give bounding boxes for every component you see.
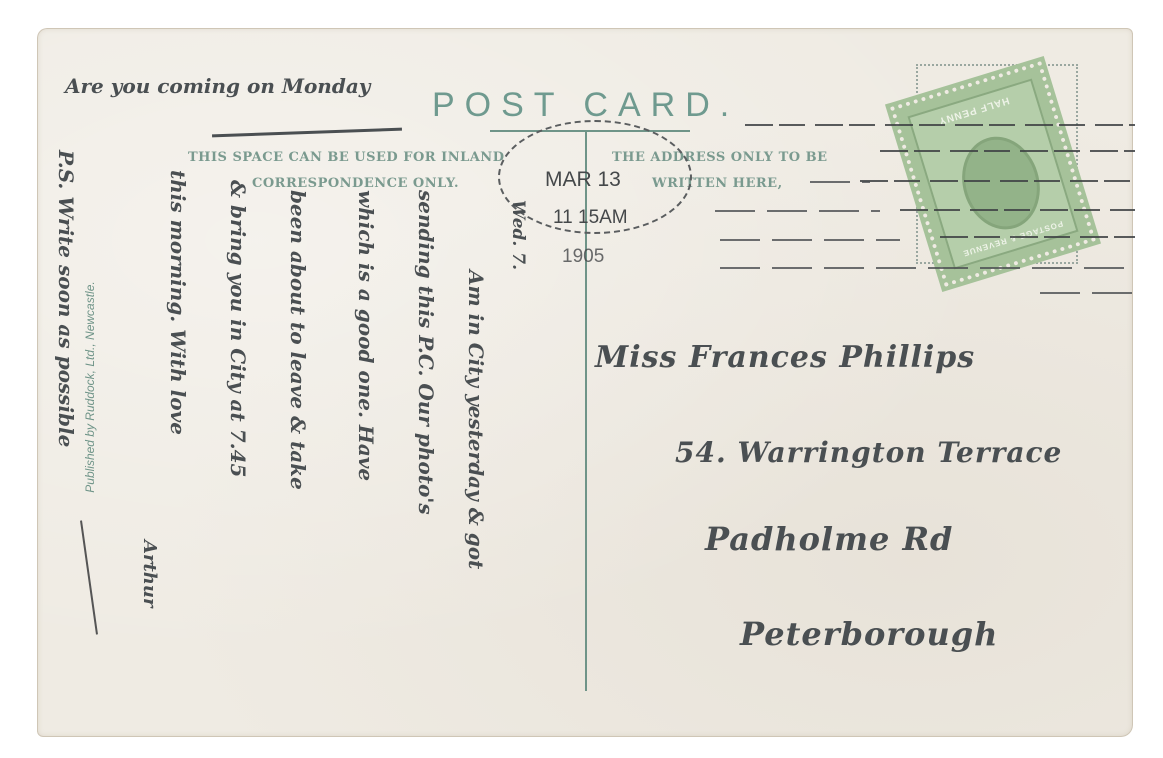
- address-recipient: Miss Frances Phillips: [595, 340, 975, 375]
- message-line: & bring you in City at 7.45: [226, 180, 250, 477]
- stamp-top-text: HALF PENNY: [912, 87, 1036, 134]
- message-date: Wed. 7.: [508, 200, 528, 270]
- cancel-dash: [1040, 292, 1135, 294]
- cancel-line: [860, 180, 1135, 182]
- cancel-line: [880, 150, 1135, 152]
- correspondence-instruction-line1: THIS SPACE CAN BE USED FOR INLAND: [188, 150, 504, 165]
- postmark-date: MAR 13: [545, 168, 621, 192]
- stamp-frame: HALF PENNY POSTAGE & REVENUE: [907, 78, 1078, 269]
- message-postscript: P.S. Write soon as possible: [54, 150, 78, 447]
- cancel-dash: [715, 210, 880, 212]
- message-line: this morning. With love: [166, 170, 190, 435]
- postmark-year: 1905: [562, 246, 604, 268]
- message-line: sending this P.C. Our photo's: [414, 190, 438, 515]
- postcard-title: POST CARD.: [432, 86, 739, 125]
- cancel-line: [940, 236, 1135, 238]
- message-signature: Arthur: [139, 540, 160, 607]
- cancel-dash: [720, 239, 900, 241]
- message-line: which is a good one. Have: [354, 190, 378, 481]
- message-top-line: Are you coming on Monday: [65, 74, 370, 98]
- address-road: Padholme Rd: [705, 520, 953, 558]
- stamp-portrait-icon: [951, 127, 1051, 239]
- address-street: 54. Warrington Terrace: [675, 436, 1062, 469]
- cancel-line: [900, 209, 1135, 211]
- postmark-time: 11 15AM: [553, 207, 628, 229]
- address-city: Peterborough: [740, 615, 998, 653]
- message-line: Am in City yesterday & got: [464, 270, 488, 569]
- correspondence-instruction-line2: CORRESPONDENCE ONLY.: [252, 176, 459, 191]
- cancel-line: [745, 124, 1135, 126]
- cancel-dash: [720, 267, 1135, 269]
- publisher-imprint: Published by Ruddock, Ltd., Newcastle.: [83, 257, 97, 517]
- cancel-dash: [810, 181, 870, 183]
- message-line: been about to leave & take: [286, 190, 310, 490]
